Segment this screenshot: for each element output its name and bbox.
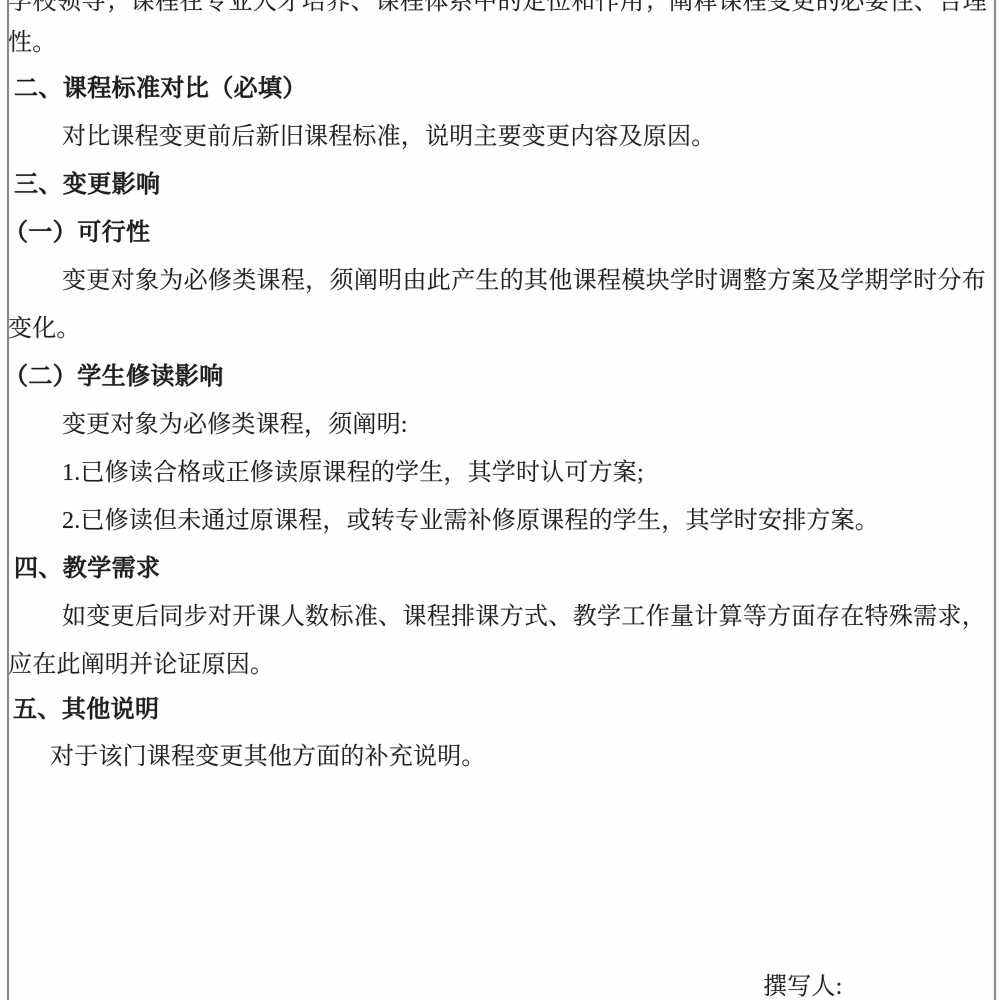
paragraph-line: 应在此阐明并论证原因。 bbox=[8, 653, 274, 678]
section-heading-standard-comparison: 二、课程标准对比（必填） bbox=[14, 77, 307, 102]
section-heading-change-impact: 三、变更影响 bbox=[14, 173, 160, 198]
paragraph-line: 变更对象为必修类课程，须阐明: bbox=[62, 413, 408, 438]
table-cell-left-border bbox=[7, 0, 9, 1000]
document-page: 学校领导；课程在专业人才培养、课程体系中的定位和作用；阐释课程变更的必要性、合理… bbox=[0, 0, 1000, 1000]
table-cell-right-border bbox=[994, 0, 996, 1000]
list-item-1: 1.已修读合格或正修读原课程的学生，其学时认可方案; bbox=[62, 461, 644, 486]
paragraph-line-cut-top: 学校领导；课程在专业人才培养、课程体系中的定位和作用；阐释课程变更的必要性、合理 bbox=[8, 0, 987, 15]
author-signature-label: 撰写人: bbox=[763, 975, 842, 1000]
paragraph-line: 如变更后同步对开课人数标准、课程排课方式、教学工作量计算等方面存在特殊需求， bbox=[62, 605, 986, 630]
paragraph-line: 对于该门课程变更其他方面的补充说明。 bbox=[50, 745, 486, 770]
section-heading-teaching-needs: 四、教学需求 bbox=[14, 557, 160, 582]
subsection-heading-feasibility: （一）可行性 bbox=[4, 221, 150, 246]
section-heading-other-notes: 五、其他说明 bbox=[13, 698, 159, 723]
subsection-heading-student-impact: （二）学生修读影响 bbox=[4, 365, 224, 390]
paragraph-line: 变更对象为必修类课程，须阐明由此产生的其他课程模块学时调整方案及学期学时分布 bbox=[62, 269, 986, 294]
list-item-2: 2.已修读但未通过原课程，或转专业需补修原课程的学生，其学时安排方案。 bbox=[62, 509, 879, 534]
paragraph-line: 性。 bbox=[8, 31, 56, 56]
paragraph-line: 变化。 bbox=[8, 317, 81, 342]
paragraph-line: 对比课程变更前后新旧课程标准，说明主要变更内容及原因。 bbox=[62, 125, 715, 150]
